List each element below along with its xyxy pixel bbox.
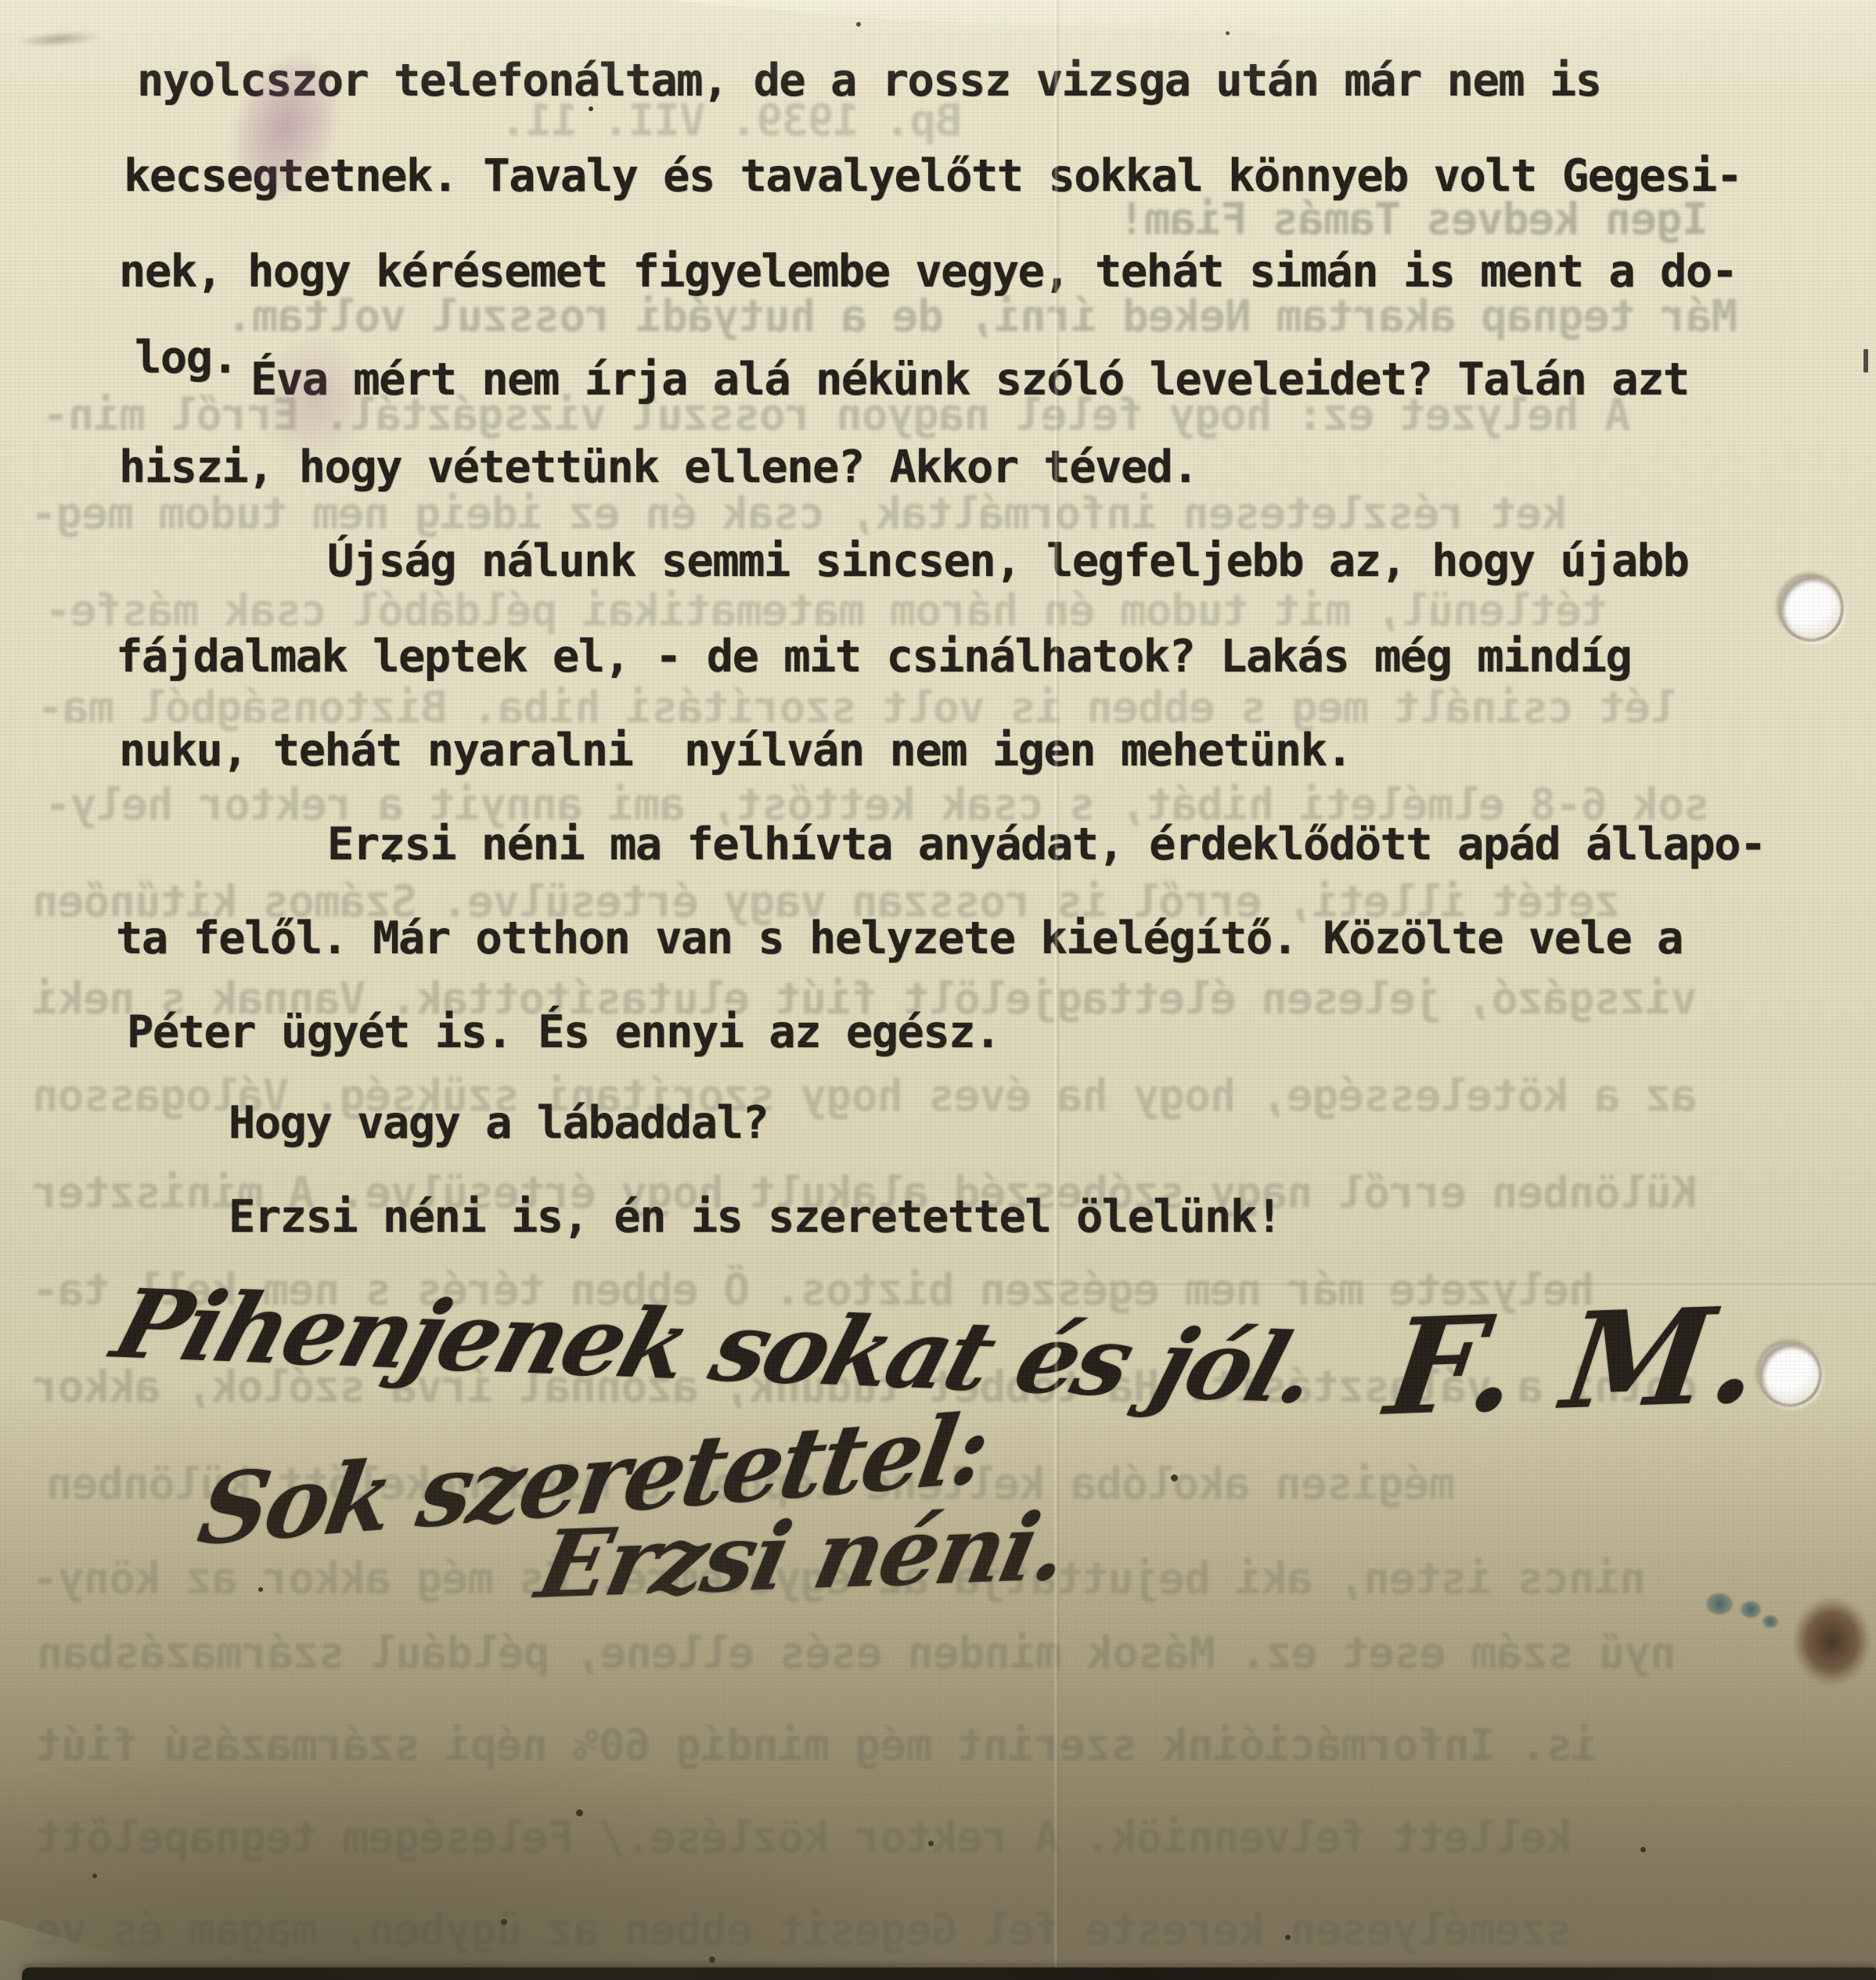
dirt-speck bbox=[92, 1874, 97, 1878]
dirt-speck bbox=[576, 1809, 583, 1816]
bottom-scan-edge-shadow bbox=[22, 1967, 1876, 1980]
bleed-through-line: tétlenül, mit tudom én három matematikai… bbox=[45, 585, 1608, 636]
dirt-speck bbox=[501, 1919, 507, 1925]
dirt-speck bbox=[258, 1587, 263, 1592]
bleed-through-line: kellett felvenniök. A rektor közlése./ F… bbox=[36, 1813, 1572, 1863]
typed-line: Éva mért nem írja alá nékünk szóló level… bbox=[250, 354, 1689, 405]
vertical-fold-crease bbox=[1053, 0, 1060, 1980]
typed-line: fájdalmak leptek el, - de mit csinálhato… bbox=[116, 631, 1631, 682]
typed-line: log. bbox=[135, 332, 237, 383]
teal-ink-dot bbox=[1763, 1615, 1778, 1628]
typed-line: Újság nálunk semmi sincsen, legfeljebb a… bbox=[327, 535, 1688, 587]
typed-line: Hogy vagy a lábaddal? bbox=[229, 1097, 768, 1149]
horizontal-fold-crease bbox=[1045, 1283, 1876, 1287]
top-left-scratch-mark bbox=[15, 28, 102, 50]
typed-line: Erzsi néni is, én is szeretettel ölelünk… bbox=[229, 1191, 1282, 1243]
dirt-speck bbox=[449, 81, 455, 87]
dirt-speck bbox=[589, 106, 593, 111]
teal-ink-dot bbox=[1741, 1601, 1761, 1618]
dirt-speck bbox=[1226, 31, 1230, 35]
dirt-speck bbox=[856, 22, 861, 27]
typed-line: ta felől. Már otthon van s helyzete kiel… bbox=[116, 913, 1683, 964]
dirt-speck bbox=[1285, 1935, 1291, 1940]
bleed-through-line: személyesen kereste fel Gegesit ebben az… bbox=[36, 1905, 1572, 1956]
brown-ink-stain bbox=[1794, 1593, 1876, 1689]
typed-line: kecsegtetnek. Tavaly és tavalyelőtt sokk… bbox=[124, 150, 1741, 202]
typed-line: Péter ügyét is. És ennyi az egész. bbox=[127, 1006, 1000, 1058]
handwritten-line-3: Erzsi néni. bbox=[528, 1492, 1076, 1620]
purple-pencil-smudge-faint bbox=[258, 337, 368, 462]
punch-hole-bottom bbox=[1758, 1341, 1822, 1407]
right-edge-mark bbox=[1863, 349, 1868, 373]
top-right-fold-highlight bbox=[665, 0, 1876, 55]
typed-line: nek, hogy kérésemet figyelembe vegye, te… bbox=[119, 246, 1737, 297]
typed-line: nuku, tehát nyaralni nyílván nem igen me… bbox=[119, 725, 1352, 776]
bleed-through-line: ket részletesen informáltak, csak én ez … bbox=[31, 488, 1568, 539]
bleed-through-line: Már tegnap akartam Neked írni, de a huty… bbox=[227, 291, 1737, 342]
bleed-through-line: is. Információink szerint még mindíg 60%… bbox=[36, 1720, 1598, 1771]
dirt-speck bbox=[1171, 1474, 1178, 1481]
handwritten-signature-initials: F. M. bbox=[1378, 1276, 1771, 1445]
dirt-speck bbox=[709, 1957, 715, 1963]
bleed-through-line: nyű szám eset ez. Mások minden esés elle… bbox=[38, 1628, 1676, 1679]
typed-line: Erzsi néni ma felhívta anyádat, érdeklőd… bbox=[327, 819, 1766, 870]
dirt-speck bbox=[928, 1841, 934, 1846]
dirt-speck bbox=[391, 858, 396, 862]
dirt-speck bbox=[1640, 1847, 1646, 1852]
letter-page: Bp. 1939. VII. 11.Igen kedves Tamás Fiam… bbox=[0, 0, 1876, 1980]
teal-ink-dot bbox=[1706, 1593, 1733, 1615]
purple-pencil-smudge bbox=[183, 5, 387, 245]
punch-hole-top bbox=[1778, 574, 1844, 642]
